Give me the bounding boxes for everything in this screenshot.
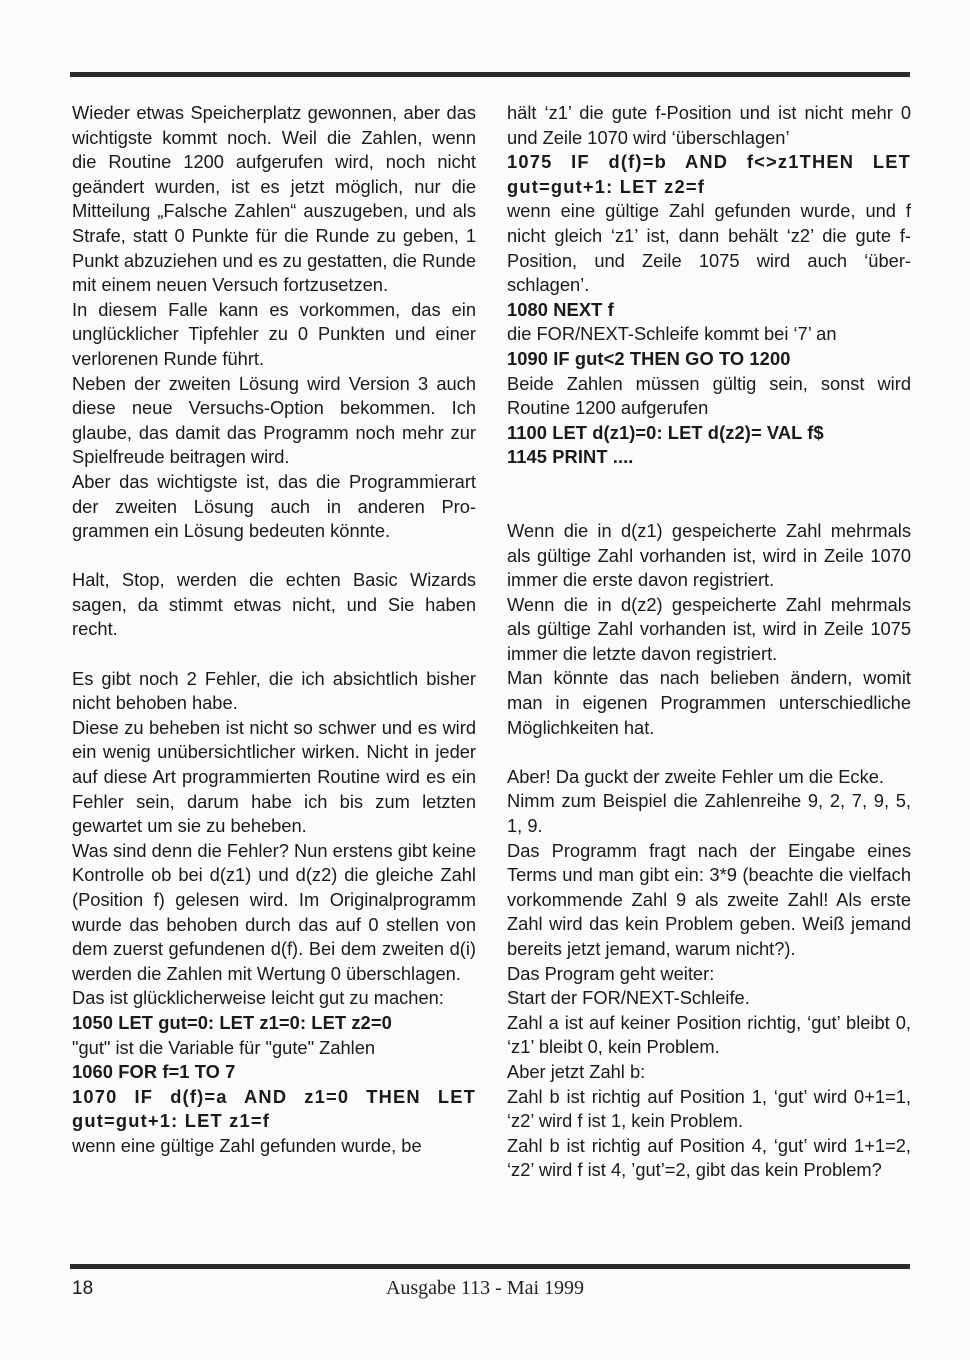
code-line-1075: 1075 IF d(f)=b AND f<>z1THEN LET gut=gut… [507,150,911,199]
code-note: wenn eine gültige Zahl gefunden wurde, b… [72,1134,476,1159]
paragraph: Wenn die in d(z2) gespeicherte Zahl mehr… [507,593,911,667]
code-note: hält ‘z1’ die gute f-Position und ist ni… [507,101,911,150]
footer-rule [70,1264,910,1269]
paragraph: Das Programm fragt nach der Eingabe ei­n… [507,839,911,962]
code-line-1100: 1100 LET d(z1)=0: LET d(z2)= VAL f$ [507,421,911,446]
paragraph: Was sind denn die Fehler? Nun erstens gi… [72,839,476,987]
paragraph: In diesem Falle kann es vorkommen, das e… [72,298,476,372]
right-column: hält ‘z1’ die gute f-Position und ist ni… [507,101,911,1183]
paragraph: Wieder etwas Speicherplatz gewonnen, abe… [72,101,476,298]
paragraph: Zahl a ist auf keiner Position richtig, … [507,1011,911,1060]
issue-label: Ausgabe 113 - Mai 1999 [0,1277,970,1300]
paragraph: Nimm zum Beispiel die Zahlenreihe 9, 2, … [507,789,911,838]
paragraph: Halt, Stop, werden die echten Basic Wiza… [72,568,476,642]
code-note: die FOR/NEXT-Schleife kommt bei ‘7’ an [507,322,911,347]
paragraph: Es gibt noch 2 Fehler, die ich absichtli… [72,667,476,716]
code-line-1080: 1080 NEXT f [507,298,911,323]
header-rule [70,72,910,77]
paragraph: Wenn die in d(z1) gespeicherte Zahl mehr… [507,519,911,593]
paragraph: Aber jetzt Zahl b: [507,1060,911,1085]
code-line-1050: 1050 LET gut=0: LET z1=0: LET z2=0 [72,1011,476,1036]
code-line-1070: 1070 IF d(f)=a AND z1=0 THEN LET gut=gut… [72,1085,476,1134]
left-column: Wieder etwas Speicherplatz gewonnen, abe… [72,101,476,1159]
paragraph: Aber das wichtigste ist, das die Program… [72,470,476,544]
paragraph: Diese zu beheben ist nicht so schwer und… [72,716,476,839]
paragraph: Neben der zweiten Lösung wird Version 3 … [72,372,476,470]
paragraph: Aber! Da guckt der zweite Fehler um die … [507,765,911,790]
paragraph: Man könnte das nach belieben ändern, wo­… [507,666,911,740]
paragraph: Zahl b ist richtig auf Position 1, ‘gut’… [507,1085,911,1134]
code-line-1090: 1090 IF gut<2 THEN GO TO 1200 [507,347,911,372]
code-line-1145: 1145 PRINT .... [507,445,911,470]
paragraph: Zahl b ist richtig auf Position 4, ‘gut’… [507,1134,911,1183]
paragraph: Das Program geht weiter: [507,962,911,987]
code-line-1060: 1060 FOR f=1 TO 7 [72,1060,476,1085]
paragraph: Start der FOR/NEXT-Schleife. [507,986,911,1011]
code-note: "gut" ist die Variable für "gute" Zahlen [72,1036,476,1061]
code-note: wenn eine gültige Zahl gefunden wurde, u… [507,199,911,297]
code-note: Beide Zahlen müssen gültig sein, sonst w… [507,372,911,421]
paragraph: Das ist glücklicherweise leicht gut zu m… [72,986,476,1011]
